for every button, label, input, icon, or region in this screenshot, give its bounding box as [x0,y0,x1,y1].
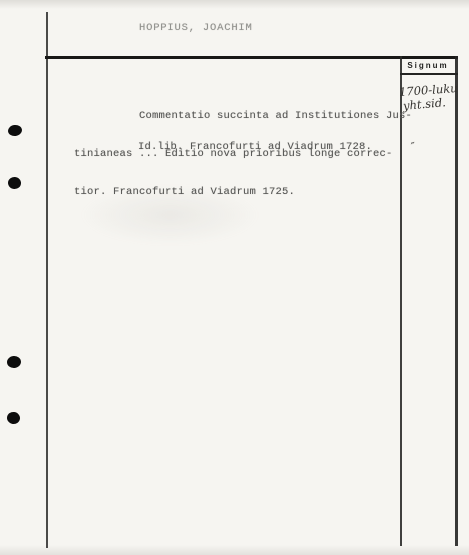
author-heading: HOPPIUS, JOACHIM [139,22,253,34]
punch-hole-3 [7,355,22,368]
left-margin-rule [46,12,48,548]
catalog-card-scan: HOPPIUS, JOACHIM Commentatio succinta ad… [0,0,469,555]
signum-handwritten-line-2: yht.sid. [402,95,446,113]
entry-first: Commentatio succinta ad Institutiones Ju… [74,84,404,225]
punch-hole-1 [7,124,22,137]
signum-header-underline-rule [400,73,458,75]
punch-hole-2 [8,176,22,189]
header-divider-rule [45,56,458,59]
punch-hole-4 [6,411,21,425]
scan-edge-shading-top [0,0,469,9]
entry-first-line-1: Commentatio succinta ad Institutiones Ju… [139,110,404,123]
signum-column-header: Signum [400,58,456,73]
signum-ditto-mark: ″ [410,140,415,153]
entry-second-line-1: Id.lib. Francofurti ad Viadrum 1728. [138,141,372,153]
card-right-border-rule [455,56,458,546]
scan-edge-shading-bottom [0,545,469,555]
entry-first-line-3: tior. Francofurti ad Viadrum 1725. [74,186,404,199]
